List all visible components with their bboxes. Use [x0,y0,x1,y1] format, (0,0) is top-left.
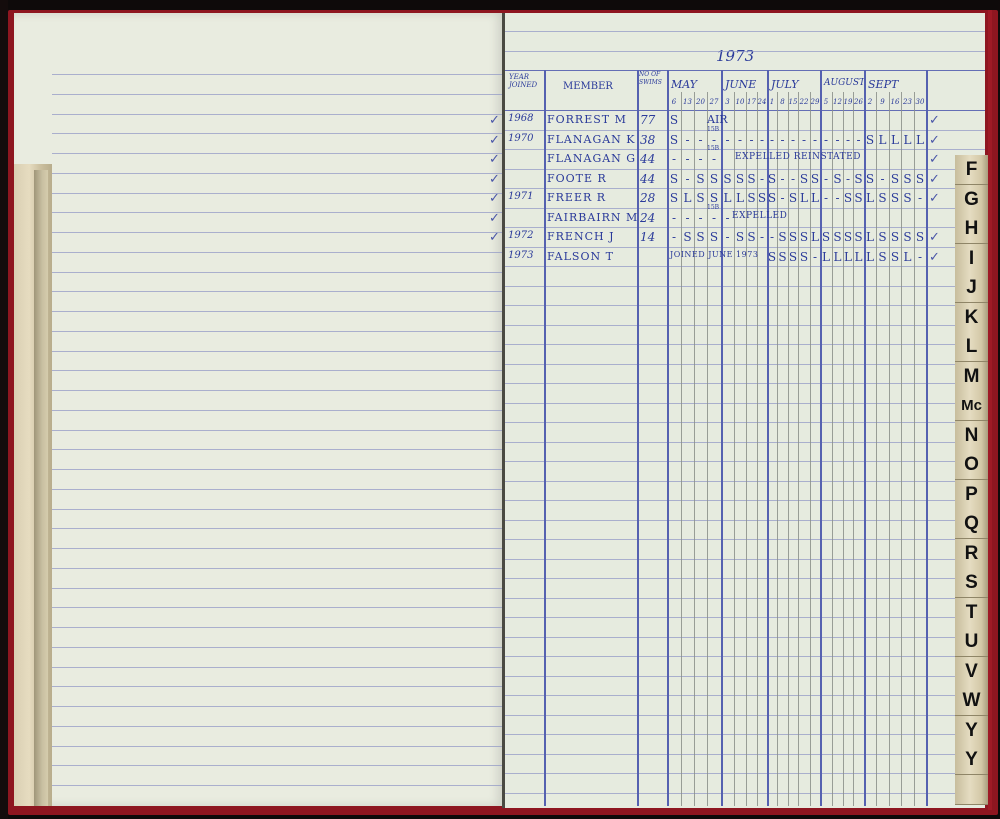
ruled-line [505,403,985,404]
ruled-line [52,252,504,253]
ruled-line [52,74,504,75]
column-rule [544,70,546,806]
attendance-mark: S [707,230,721,244]
ruled-line [52,785,504,786]
ruled-line [505,422,985,423]
attendance-mark: - [681,172,694,186]
index-tab-blank[interactable] [955,775,988,805]
index-tab-y[interactable]: Y [955,745,988,775]
date-header: 13 [681,98,694,106]
month-header-june: JUNE [725,78,756,91]
ruled-line [505,188,985,189]
ruled-line [505,539,985,540]
ruled-line [52,588,504,589]
attendance-mark: - [853,133,864,147]
index-tab-l[interactable]: L [955,332,988,362]
ruled-line [52,449,504,450]
ruled-line [505,208,985,209]
attendance-mark: S [694,191,707,205]
date-header: 23 [901,98,914,106]
ruled-line [52,568,504,569]
header-member: MEMBER [563,81,613,92]
ruled-line [52,173,504,174]
ruled-line [52,528,504,529]
attendance-mark: - [734,133,746,147]
right-page-ledger: 1973 YEARJOINED MEMBER NO OFSWIMS MAY613… [505,13,985,808]
ruled-line [505,481,985,482]
attendance-mark: S [694,230,707,244]
attendance-mark: - [721,133,734,147]
attendance-mark: S [777,230,788,244]
check-mark-icon: ✓ [489,191,500,206]
index-tab-m[interactable]: M [955,362,988,392]
column-rule [926,70,928,806]
attendance-mark: S [843,191,853,205]
attendance-mark: S [667,113,681,127]
ruled-line [505,286,985,287]
date-header: 6 [667,98,681,106]
ruled-line [505,773,985,774]
ruled-line [52,706,504,707]
date-header: 30 [914,98,926,106]
attendance-mark: S [864,133,876,147]
attendance-mark: S [777,250,788,264]
index-tab-j[interactable]: J [955,273,988,303]
ruled-line [52,548,504,549]
ruled-line [52,390,504,391]
ruled-line [52,686,504,687]
attendance-mark: - [667,211,681,225]
attendance-mark: S [876,191,889,205]
row-note: JOINED JUNE 1973 [670,250,758,259]
attendance-mark: - [777,191,788,205]
ruled-line [505,793,985,794]
attendance-mark: - [820,172,832,186]
attendance-mark: S [746,191,757,205]
attendance-mark: S [746,172,757,186]
attendance-mark: S [721,172,734,186]
ruled-line [52,509,504,510]
date-header: 2 [864,98,876,106]
ruled-line [52,94,504,95]
attendance-mark: S [876,230,889,244]
check-mark-icon: ✓ [929,191,940,206]
index-tab-q[interactable]: Q [955,509,988,539]
ruled-line [505,344,985,345]
ruled-line [505,500,985,501]
date-header: 27 [707,98,721,106]
attendance-mark: S [788,250,798,264]
month-header-sept: SEPT [868,78,898,91]
attendance-mark: S [853,230,864,244]
attendance-mark: S [734,172,746,186]
ruled-line [505,754,985,755]
attendance-mark: - [810,250,820,264]
date-header: 16 [889,98,901,106]
attendance-mark: - [914,191,926,205]
ruled-line [505,266,985,267]
attendance-mark: S [798,230,810,244]
ruled-line [52,133,504,134]
attendance-mark: S [667,172,681,186]
ruled-line [52,351,504,352]
swim-count: 44 [640,172,655,186]
index-tab-o[interactable]: O [955,450,988,480]
attendance-mark: - [681,152,694,166]
swim-count: 44 [640,152,655,166]
ruled-line [505,227,985,228]
attendance-mark: S [889,172,901,186]
attendance-mark: S [798,172,810,186]
year-joined: 1968 [508,113,533,124]
attendance-mark: S [889,250,901,264]
ruled-line [505,617,985,618]
ruled-line [52,469,504,470]
attendance-mark: S [767,250,777,264]
ruled-line [52,291,504,292]
member-name: FALSON T [547,250,614,263]
index-tab-v[interactable]: V [955,657,988,687]
attendance-mark: S [876,250,889,264]
attendance-mark: - [914,250,926,264]
member-name: FAIRBAIRN M [547,211,638,224]
ruled-line [52,212,504,213]
month-header-may: MAY [671,78,697,91]
index-tab-h[interactable]: H [955,214,988,244]
attendance-mark: L [864,250,876,264]
date-header: 20 [694,98,707,106]
attendance-mark: S [707,172,721,186]
left-page-rules [52,13,504,806]
attendance-mark: S [914,172,926,186]
annotation-15b: 15B [707,145,719,152]
attendance-mark: S [889,230,901,244]
header-no-of-swims: NO OFSWIMS [639,71,662,87]
check-mark-icon: ✓ [929,113,940,128]
annotation-15b: 15B [707,204,719,211]
attendance-mark: - [832,133,843,147]
attendance-mark: L [681,191,694,205]
attendance-mark: - [694,152,707,166]
index-tab-t[interactable]: T [955,598,988,628]
year-joined: 1971 [508,191,533,202]
ruled-line [505,637,985,638]
date-header: 22 [798,98,810,106]
ruled-line [505,695,985,696]
attendance-mark: L [876,133,889,147]
ruled-line [52,153,504,154]
ruled-line [52,114,504,115]
attendance-mark: - [810,133,820,147]
header-year-joined: YEARJOINED [509,73,537,89]
ruled-line [505,559,985,560]
ruled-line [52,607,504,608]
index-tab-mc[interactable]: Mc [955,391,988,421]
ruled-line [52,410,504,411]
attendance-mark: - [707,211,721,225]
date-header: 26 [853,98,864,106]
attendance-mark: - [694,133,707,147]
attendance-mark: L [864,230,876,244]
date-header: 15 [788,98,798,106]
month-header-july: JULY [771,78,799,91]
attendance-mark: - [767,230,777,244]
ruled-line [52,746,504,747]
attendance-mark: - [721,230,734,244]
ruled-line [52,272,504,273]
index-tab-i[interactable]: I [955,244,988,274]
attendance-mark: L [914,133,926,147]
ruled-line [505,31,985,32]
date-header: 3 [721,98,734,106]
attendance-mark: - [788,133,798,147]
ruled-line [52,647,504,648]
check-mark-icon: ✓ [489,133,500,148]
date-header: 19 [843,98,853,106]
date-header: 10 [734,98,746,106]
year-joined: 1973 [508,250,533,261]
year-joined: 1972 [508,230,533,241]
attendance-mark: L [901,250,914,264]
attendance-mark: - [681,133,694,147]
attendance-mark: S [901,191,914,205]
check-mark-icon: ✓ [929,133,940,148]
attendance-mark: - [681,211,694,225]
ruled-line [52,331,504,332]
check-mark-icon: ✓ [929,250,940,265]
index-tab-k[interactable]: K [955,303,988,333]
ruled-line [505,169,985,170]
check-mark-icon: ✓ [929,230,940,245]
attendance-mark: S [788,230,798,244]
ruled-line [505,364,985,365]
member-name: FLANAGAN K [547,133,636,146]
attendance-mark: - [832,191,843,205]
date-header: 12 [832,98,843,106]
attendance-mark: S [788,191,798,205]
ruled-line [505,149,985,150]
attendance-mark: S [757,191,767,205]
index-tab-p[interactable]: P [955,480,988,510]
row-note: EXPELLED [732,211,787,221]
attendance-mark: L [810,230,820,244]
left-page-stub-fold [34,170,48,806]
attendance-mark: - [667,230,681,244]
ruled-line [505,520,985,521]
attendance-mark: - [757,133,767,147]
index-tab-w[interactable]: W [955,686,988,716]
attendance-mark: S [734,230,746,244]
ruled-line [505,70,985,71]
month-header-august: AUGUST [824,78,865,88]
attendance-mark: S [767,172,777,186]
attendance-mark: L [889,133,901,147]
ruled-line [52,311,504,312]
ruled-line [52,193,504,194]
attendance-mark: - [757,172,767,186]
attendance-mark: - [820,133,832,147]
attendance-mark: AIR [707,113,728,126]
ruled-line [52,370,504,371]
member-name: FREER R [547,191,606,204]
ruled-line [505,676,985,677]
attendance-mark: L [901,133,914,147]
attendance-mark: L [798,191,810,205]
attendance-mark: S [853,172,864,186]
index-tab-g[interactable]: G [955,185,988,215]
index-tab-y[interactable]: Y [955,716,988,746]
attendance-mark: S [843,230,853,244]
alphabet-index-tabs: FGHIJKLMMcNOPQRSTUVWYY [955,155,990,805]
attendance-mark: L [734,191,746,205]
attendance-mark: L [721,191,734,205]
ruled-line [52,232,504,233]
attendance-mark: L [864,191,876,205]
attendance-mark: S [889,191,901,205]
ruled-line [505,305,985,306]
attendance-mark: S [901,172,914,186]
attendance-mark: - [767,133,777,147]
attendance-mark: S [694,172,707,186]
member-name: FRENCH J [547,230,615,243]
attendance-mark: S [681,230,694,244]
attendance-mark: L [853,250,864,264]
check-mark-icon: ✓ [489,230,500,245]
swim-count: 38 [640,133,655,147]
attendance-mark: S [667,191,681,205]
attendance-mark: - [777,133,788,147]
attendance-mark: L [820,250,832,264]
ruled-line [52,430,504,431]
check-mark-icon: ✓ [929,172,940,187]
index-tab-r[interactable]: R [955,539,988,569]
ruled-line [505,461,985,462]
ruled-line [505,247,985,248]
column-rule [637,70,639,806]
attendance-mark: S [853,191,864,205]
annotation-15b: 15B [707,126,719,133]
attendance-mark: S [746,230,757,244]
attendance-mark: - [843,133,853,147]
ruled-line [52,667,504,668]
attendance-mark: L [832,250,843,264]
index-tab-u[interactable]: U [955,627,988,657]
attendance-mark: S [914,230,926,244]
attendance-mark: S [820,230,832,244]
index-tab-f[interactable]: F [955,155,988,185]
attendance-mark: - [667,152,681,166]
attendance-mark: - [777,172,788,186]
swim-count: 77 [640,113,655,127]
swim-count: 24 [640,211,655,225]
check-mark-icon: ✓ [489,113,500,128]
ruled-line [52,627,504,628]
date-header: 9 [876,98,889,106]
attendance-mark: - [757,230,767,244]
check-mark-icon: ✓ [489,211,500,226]
ruled-line [505,715,985,716]
check-mark-icon: ✓ [489,152,500,167]
attendance-mark: - [694,211,707,225]
ruled-line [505,442,985,443]
attendance-mark: - [820,191,832,205]
date-header: 24 [757,98,767,106]
check-mark-icon: ✓ [489,172,500,187]
attendance-mark: S [832,172,843,186]
attendance-mark: S [798,250,810,264]
attendance-mark: - [746,133,757,147]
ruled-line [505,51,985,52]
ruled-line [505,598,985,599]
date-header: 29 [810,98,820,106]
index-tab-s[interactable]: S [955,568,988,598]
attendance-mark: - [843,172,853,186]
check-mark-icon: ✓ [929,152,940,167]
attendance-mark: S [832,230,843,244]
attendance-mark: S [810,172,820,186]
member-name: FOOTE R [547,172,607,185]
attendance-mark: L [843,250,853,264]
ruled-line [505,110,985,111]
date-header: 8 [777,98,788,106]
ruled-line [505,130,985,131]
swim-count: 28 [640,191,655,205]
ruled-line [52,489,504,490]
swim-count: 14 [640,230,655,244]
index-tab-n[interactable]: N [955,421,988,451]
ruled-line [52,765,504,766]
attendance-mark: - [876,172,889,186]
ruled-line [52,726,504,727]
year-joined: 1970 [508,133,533,144]
attendance-mark: - [798,133,810,147]
attendance-mark: S [901,230,914,244]
date-header: 5 [820,98,832,106]
attendance-mark: - [707,152,721,166]
member-name: FORREST M [547,113,627,126]
attendance-mark: S [667,133,681,147]
attendance-mark: - [788,172,798,186]
member-name: FLANAGAN G [547,152,636,165]
background-edge [0,0,8,819]
ruled-line [505,656,985,657]
date-header: 17 [746,98,757,106]
attendance-mark: S [864,172,876,186]
attendance-mark: L [810,191,820,205]
ruled-line [505,578,985,579]
attendance-mark: S [767,191,777,205]
row-note: EXPELLED REINSTATED [735,152,861,162]
ruled-line [505,383,985,384]
ruled-line [505,325,985,326]
ruled-line [505,734,985,735]
